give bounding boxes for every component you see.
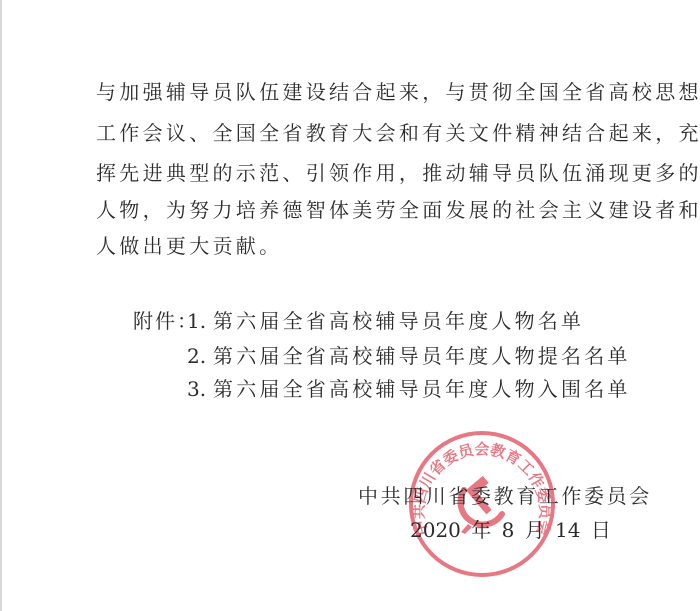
attachment-number: 1. <box>187 309 213 333</box>
attachment-title: 第六届全省高校辅导员年度人物名单 <box>213 309 584 333</box>
attachment-item-2: 2.第六届全省高校辅导员年度人物提名名单 <box>187 344 631 368</box>
paragraph-line-2: 工作会议、全国全省教育大会和有关文件精神结合起来，充分发 <box>96 121 700 145</box>
attachment-number: 2. <box>187 344 213 368</box>
attachment-number: 3. <box>187 377 213 401</box>
page-edge-rule <box>0 0 2 611</box>
issue-date: 2020 年 8 月 14 日 <box>410 518 611 542</box>
attachment-item-3: 3.第六届全省高校辅导员年度人物入围名单 <box>187 377 631 401</box>
issuer-signature: 中共四川省委教育工作委员会 <box>358 484 652 508</box>
attachment-item-1: 1.第六届全省高校辅导员年度人物名单 <box>187 309 584 333</box>
attachment-title: 第六届全省高校辅导员年度人物提名名单 <box>213 344 631 368</box>
attachment-title: 第六届全省高校辅导员年度人物入围名单 <box>213 377 631 401</box>
paragraph-line-3: 挥先进典型的示范、引领作用，推动辅导员队伍涌现更多的先进 <box>96 161 700 185</box>
paragraph-line-4: 人物，为努力培养德智体美劳全面发展的社会主义建设者和接班 <box>96 198 700 222</box>
paragraph-line-5: 人做出更大贡献。 <box>96 234 282 258</box>
paragraph-line-1: 与加强辅导员队伍建设结合起来，与贯彻全国全省高校思想政治 <box>96 80 700 104</box>
